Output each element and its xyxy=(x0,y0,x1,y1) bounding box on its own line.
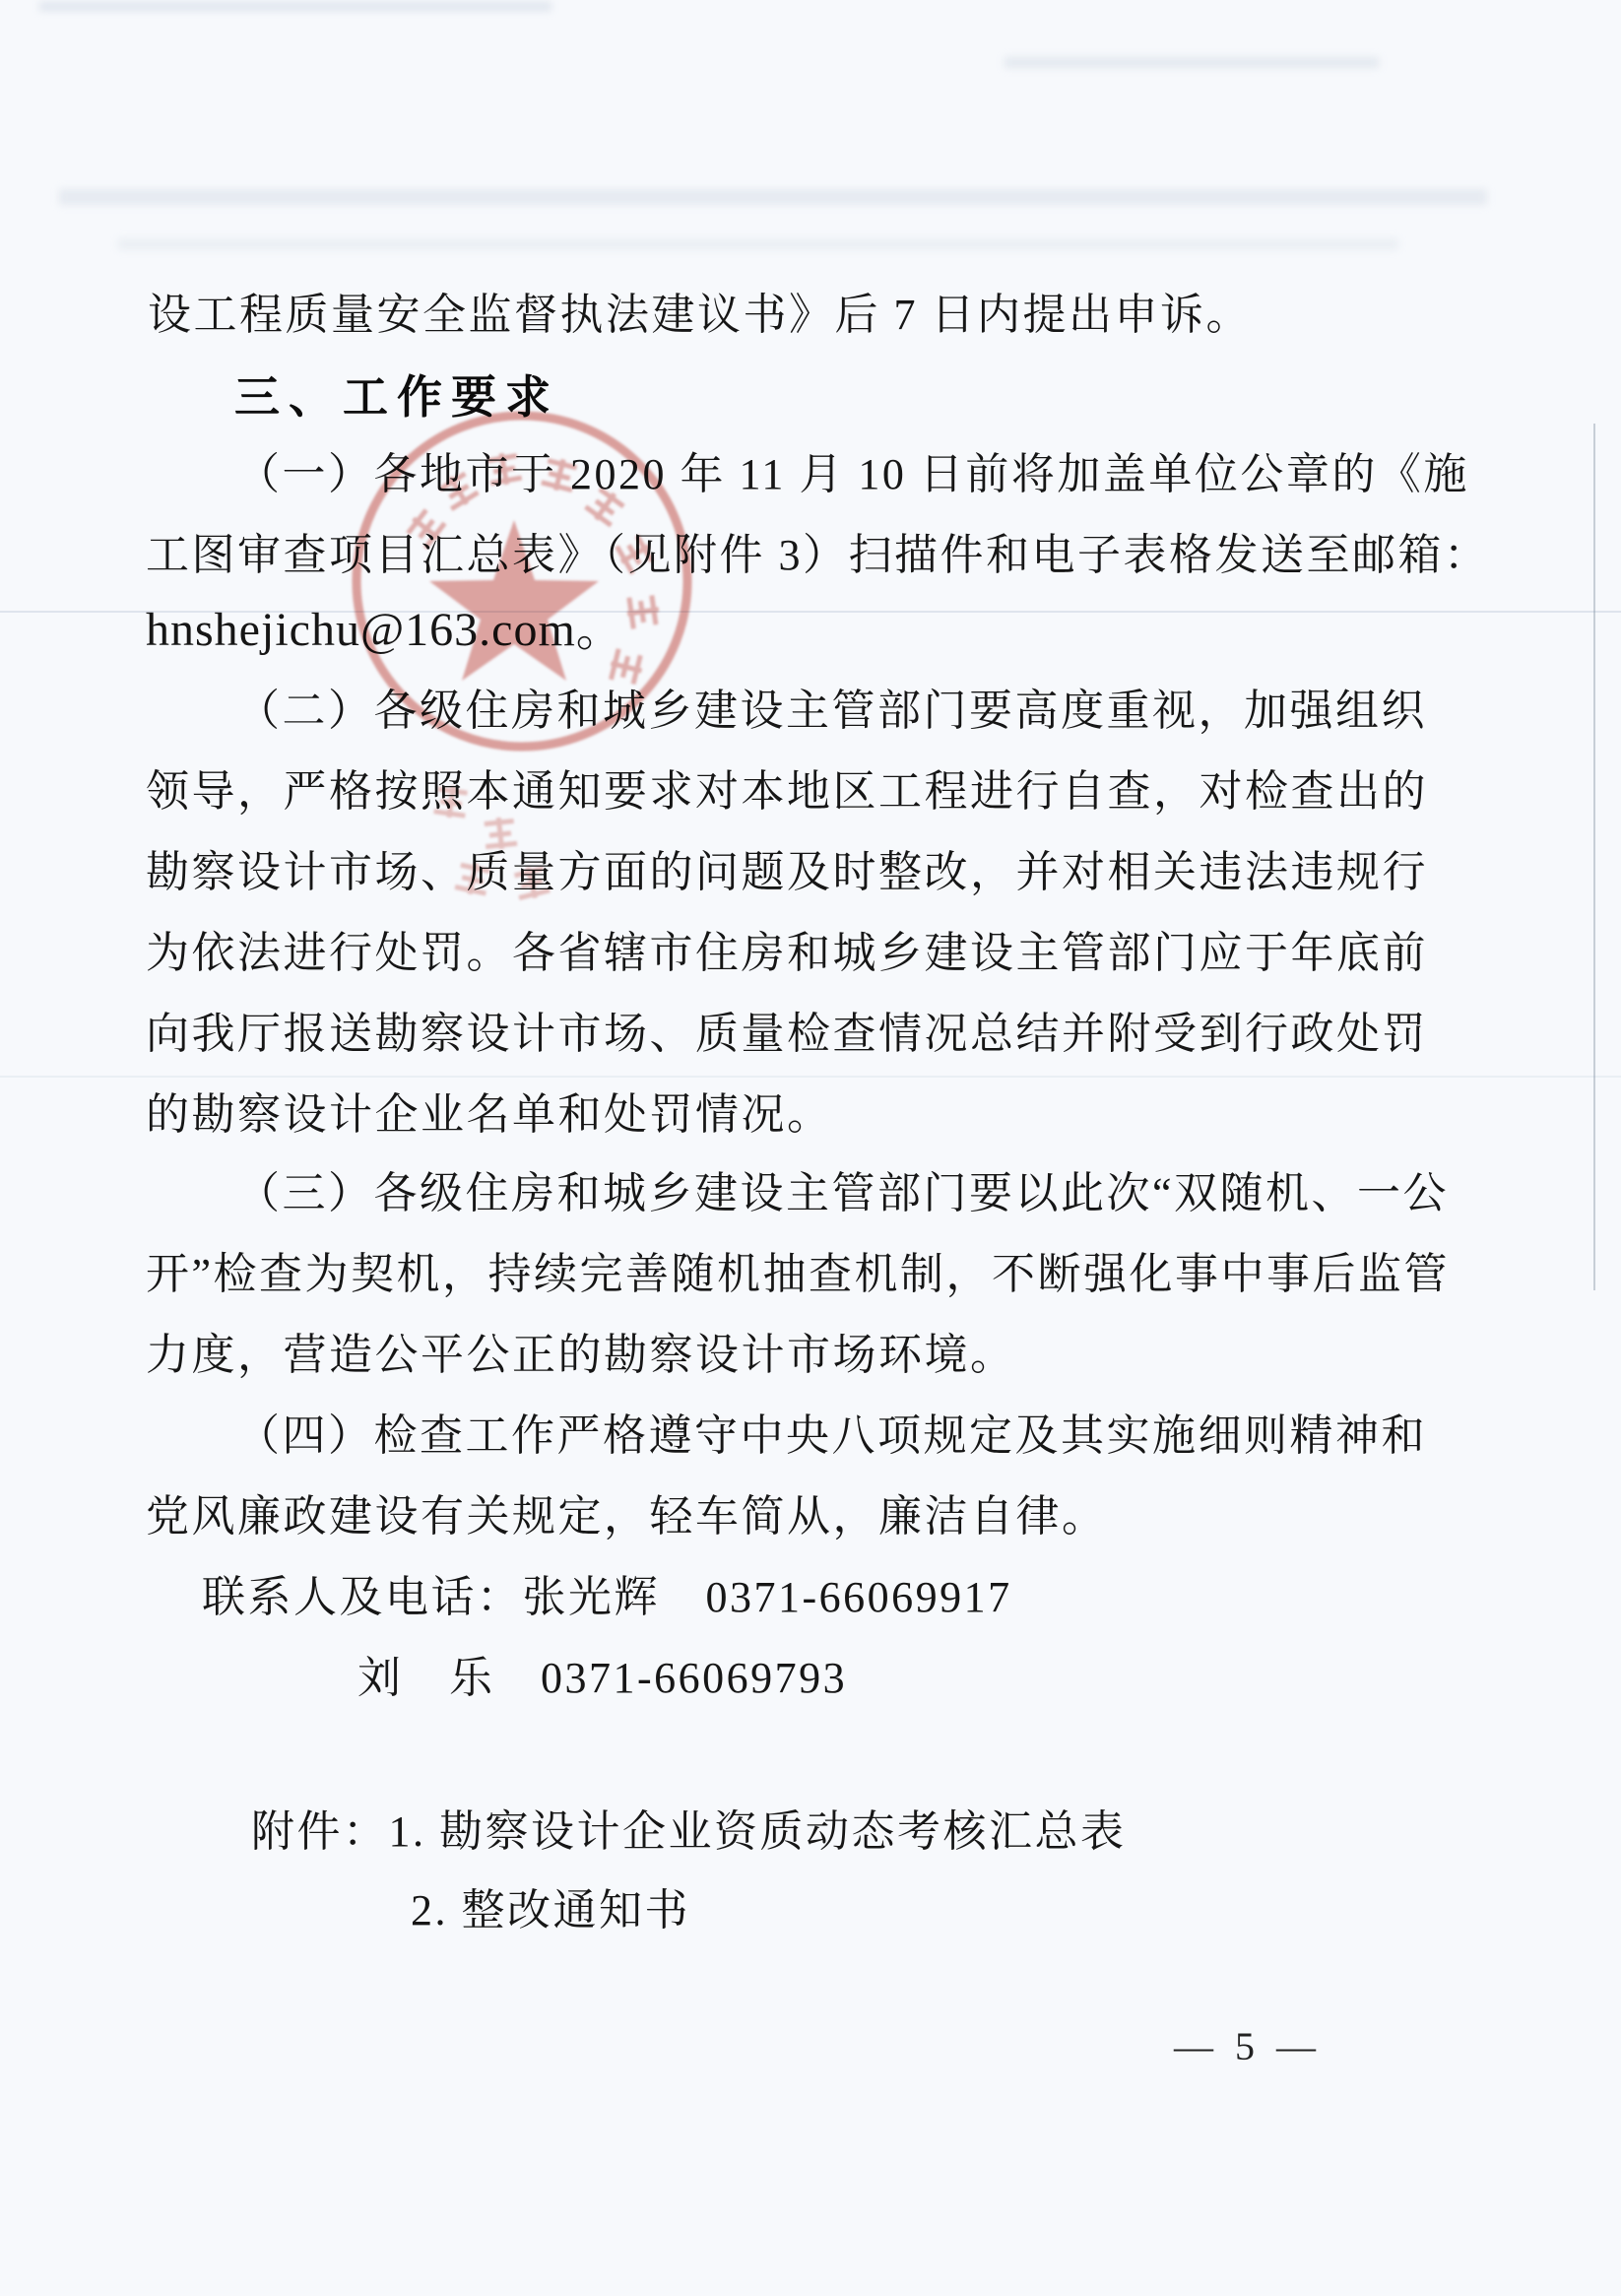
contact-line: 联系人及电话：张光辉 0371-66069917 xyxy=(202,1576,1012,1619)
text-line: （一）各地市于 2020 年 11 月 10 日前将加盖单位公章的《施 xyxy=(236,453,1469,496)
scan-smudge xyxy=(118,238,1398,250)
scan-line-horizontal xyxy=(0,1076,1621,1078)
text-line: 为依法进行处罚。各省辖市住房和城乡建设主管部门应于年底前 xyxy=(146,932,1428,975)
text-line: 工图审查项目汇总表》（见附件 3）扫描件和电子表格发送至邮箱： xyxy=(146,534,1490,577)
section-heading: 三、工作要求 xyxy=(234,374,559,420)
text-line: 领导，严格按照本通知要求对本地区工程进行自查，对检查出的 xyxy=(146,770,1428,814)
text-line: 力度，营造公平公正的勘察设计市场环境。 xyxy=(146,1334,1016,1377)
scan-edge-line xyxy=(1593,424,1595,1290)
attachment-line: 附件：1. 勘察设计企业资质动态考核汇总表 xyxy=(251,1810,1127,1854)
scan-smudge xyxy=(39,2,551,11)
attachment-line: 2. 整改通知书 xyxy=(411,1889,690,1933)
text-line: 开”检查为契机，持续完善随机抽查机制，不断强化事中事后监管 xyxy=(146,1253,1450,1296)
text-line: 的勘察设计企业名单和处罚情况。 xyxy=(146,1093,833,1137)
email-line: hnshejichu@163.com。 xyxy=(146,607,624,654)
scanned-document-page: 设工程质量安全监督执法建议书》后 7 日内提出申诉。 三、工作要求 （一）各地市… xyxy=(0,0,1621,2296)
text-line: 勘察设计市场、质量方面的问题及时整改，并对相关违法违规行 xyxy=(146,851,1428,894)
text-line: （三）各级住房和城乡建设主管部门要以此次“双随机、一公 xyxy=(236,1172,1449,1215)
text-line: 设工程质量安全监督执法建议书》后 7 日内提出申诉。 xyxy=(148,294,1252,337)
text-line: （四）检查工作严格遵守中央八项规定及其实施细则精神和 xyxy=(236,1414,1427,1458)
text-line: 党风廉政建设有关规定，轻车简从，廉洁自律。 xyxy=(146,1495,1108,1539)
page-number: — 5 — xyxy=(1174,2027,1322,2066)
text-line: （二）各级住房和城乡建设主管部门要高度重视，加强组织 xyxy=(236,689,1427,733)
scan-smudge xyxy=(1005,57,1379,68)
text-line: 向我厅报送勘察设计市场、质量检查情况总结并附受到行政处罚 xyxy=(146,1013,1428,1056)
contact-line: 刘 乐 0371-66069793 xyxy=(357,1657,847,1700)
scan-smudge xyxy=(59,189,1487,205)
